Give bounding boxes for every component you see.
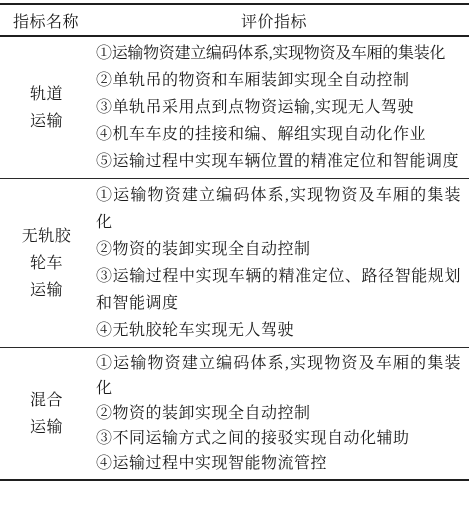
indicator-name-line: 运输 [30,414,63,441]
evaluation-item: ①运输物资建立编码体系,实现物资及车厢的集装化 [96,182,461,236]
evaluation-item: ③运输过程中实现车辆的精准定位、路径智能规划和智能调度 [96,263,461,317]
evaluation-item: ④运输过程中实现智能物流管控 [96,451,461,476]
evaluation-items-cell: ①运输物资建立编码体系,实现物资及车厢的集装化②单轨吊的物资和车厢装卸实现全自动… [93,39,469,176]
evaluation-item: ②单轨吊的物资和车厢装卸实现全自动控制 [96,67,461,94]
evaluation-item: ③不同运输方式之间的接驳实现自动化辅助 [96,426,461,451]
evaluation-items-cell: ①运输物资建立编码体系,实现物资及车厢的集装化②物资的装卸实现全自动控制③不同运… [93,350,469,477]
indicator-name-cell: 轨道运输 [0,39,93,176]
evaluation-item: ⑤运输过程中实现车辆位置的精准定位和智能调度 [96,148,461,175]
table-row-group: 无轨胶轮车运输 ①运输物资建立编码体系,实现物资及车厢的集装化②物资的装卸实现全… [0,178,469,347]
evaluation-item: ③单轨吊采用点到点物资运输,实现无人驾驶 [96,94,461,121]
evaluation-item: ①运输物资建立编码体系,实现物资及车厢的集装化 [96,40,461,67]
indicator-name-line: 运输 [30,108,63,135]
indicator-name-line: 运输 [30,277,63,304]
table-body: 轨道运输 ①运输物资建立编码体系,实现物资及车厢的集装化②单轨吊的物资和车厢装卸… [0,37,469,479]
evaluation-item: ④无轨胶轮车实现无人驾驶 [96,317,461,344]
table-row-group: 混合运输 ①运输物资建立编码体系,实现物资及车厢的集装化②物资的装卸实现全自动控… [0,347,469,479]
table-header-row: 指标名称 评价指标 [0,5,469,37]
indicator-name-line: 无轨胶 [22,223,72,250]
evaluation-item: ①运输物资建立编码体系,实现物资及车厢的集装化 [96,351,461,401]
indicator-name-cell: 无轨胶轮车运输 [0,181,93,345]
indicator-name-line: 混合 [30,387,63,414]
evaluation-item: ②物资的装卸实现全自动控制 [96,401,461,426]
table-row-group: 轨道运输 ①运输物资建立编码体系,实现物资及车厢的集装化②单轨吊的物资和车厢装卸… [0,37,469,178]
evaluation-items-cell: ①运输物资建立编码体系,实现物资及车厢的集装化②物资的装卸实现全自动控制③运输过… [93,181,469,345]
evaluation-indicator-table: 指标名称 评价指标 轨道运输 ①运输物资建立编码体系,实现物资及车厢的集装化②单… [0,3,469,481]
evaluation-item: ②物资的装卸实现全自动控制 [96,236,461,263]
indicator-name-line: 轮车 [30,250,63,277]
indicator-name-cell: 混合运输 [0,350,93,477]
evaluation-item: ④机车车皮的挂接和编、解组实现自动化作业 [96,121,461,148]
indicator-name-line: 轨道 [30,81,63,108]
header-indicator-name: 指标名称 [0,9,93,32]
header-evaluation-indicator: 评价指标 [93,9,469,32]
